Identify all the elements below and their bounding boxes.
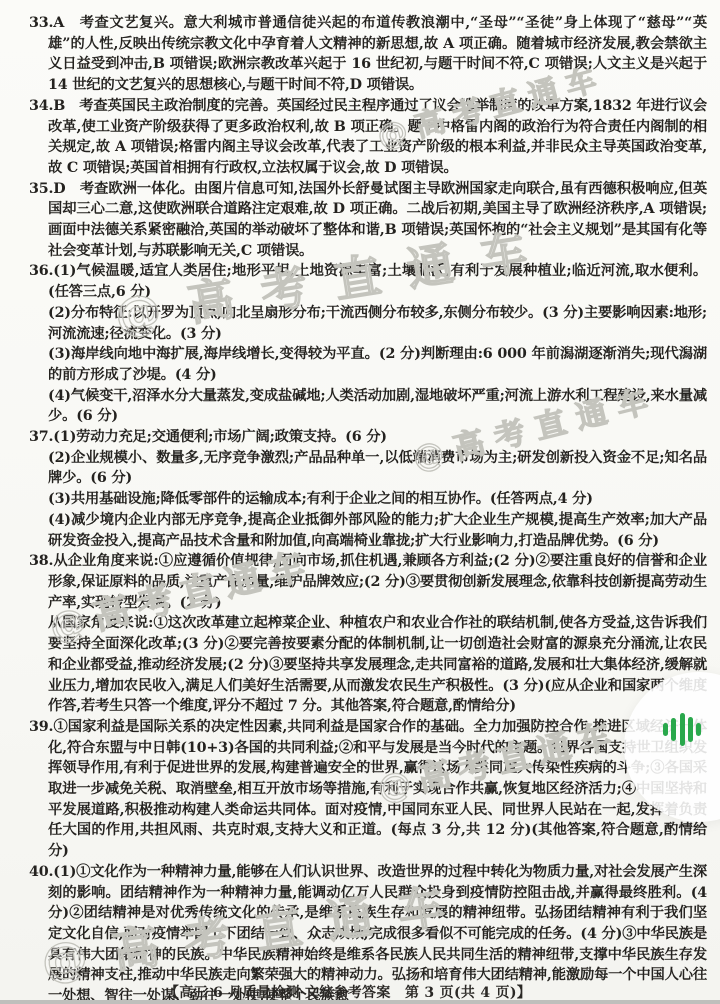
answer-item-33: 33.A 考查文艺复兴。意大利城市普通信徒兴起的布道传教浪潮中,“圣母”“圣徒”…	[48, 13, 707, 96]
answer-item-39: 39.①国家利益是国际关系的决定性因素,共同利益是国家合作的基础。全力加强防控合…	[48, 717, 707, 862]
answer-item-37: 37.(1)劳动力充足;交通便利;市场广阔;政策支持。(6 分) (2)企业规模…	[48, 427, 707, 551]
audio-waveform-icon	[663, 711, 701, 747]
answer-text-37-3: (3)共用基础设施;降低零部件的运输成本;有利于企业之间的相互协作。(任答两点,…	[48, 489, 707, 510]
page-bottom-edge	[0, 1000, 720, 1004]
answer-text-37-1: 37.(1)劳动力充足;交通便利;市场广阔;政策支持。(6 分)	[48, 427, 707, 448]
answer-item-38: 38.从企业角度来说:①应遵循价值规律,面向市场,抓住机遇,兼顾各方利益;(2 …	[48, 551, 707, 717]
answer-text-33: 33.A 考查文艺复兴。意大利城市普通信徒兴起的布道传教浪潮中,“圣母”“圣徒”…	[48, 13, 707, 96]
answer-text-36-3: (3)海岸线向地中海扩展,海岸线增长,变得较为平直。(2 分)判断理由:6 00…	[48, 344, 707, 385]
answer-text-35: 35.D 考查欧洲一体化。由图片信息可知,法国外长舒曼试图主导欧洲国家走向联合,…	[48, 179, 707, 262]
answer-text-36-2: (2)分布特征:以开罗为顶点,向北呈扇形分布;干流西侧分布较多,东侧分布较少。(…	[48, 303, 707, 344]
answer-text-38-enterprise: 38.从企业角度来说:①应遵循价值规律,面向市场,抓住机遇,兼顾各方利益;(2 …	[48, 551, 707, 613]
answers-content: 33.A 考查文艺复兴。意大利城市普通信徒兴起的布道传教浪潮中,“圣母”“圣徒”…	[0, 13, 720, 1004]
answer-text-37-2: (2)企业规模小、数量多,无序竞争激烈;产品品种单一,以低端消费市场为主;研发创…	[48, 448, 707, 489]
answer-text-37-4: (4)减少境内企业内部无序竞争,提高企业抵御外部风险的能力;扩大企业生产规模,提…	[48, 510, 707, 551]
answer-text-34: 34.B 考查英国民主政治制度的完善。英国经过民主程序通过了议会选举制度的改革方…	[48, 96, 707, 179]
scanned-answer-page: 33.A 考查文艺复兴。意大利城市普通信徒兴起的布道传教浪潮中,“圣母”“圣徒”…	[0, 0, 720, 1004]
answer-item-36: 36.(1)气候温暖,适宜人类居住;地形平坦,土地资源丰富;土壤肥沃,有利于发展…	[48, 261, 707, 427]
answer-text-39: 39.①国家利益是国际关系的决定性因素,共同利益是国家合作的基础。全力加强防控合…	[48, 717, 707, 862]
answer-text-36-1: 36.(1)气候温暖,适宜人类居住;地形平坦,土地资源丰富;土壤肥沃,有利于发展…	[48, 261, 707, 302]
page-footer: 【高三 6 月质量检测·文综参考答案 第 3 页(共 4 页)】	[0, 982, 708, 1002]
answer-item-35: 35.D 考查欧洲一体化。由图片信息可知,法国外长舒曼试图主导欧洲国家走向联合,…	[48, 179, 707, 262]
answer-item-34: 34.B 考查英国民主政治制度的完善。英国经过民主程序通过了议会选举制度的改革方…	[48, 96, 707, 179]
answer-text-36-4: (4)气候变干,沼泽水分大量蒸发,变成盐碱地;人类活动加剧,湿地破坏严重;河流上…	[48, 386, 707, 427]
answer-text-38-state: 从国家角度来说:①这次改革建立起榨菜企业、种植农户和农业合作社的联结机制,使各方…	[48, 613, 707, 717]
